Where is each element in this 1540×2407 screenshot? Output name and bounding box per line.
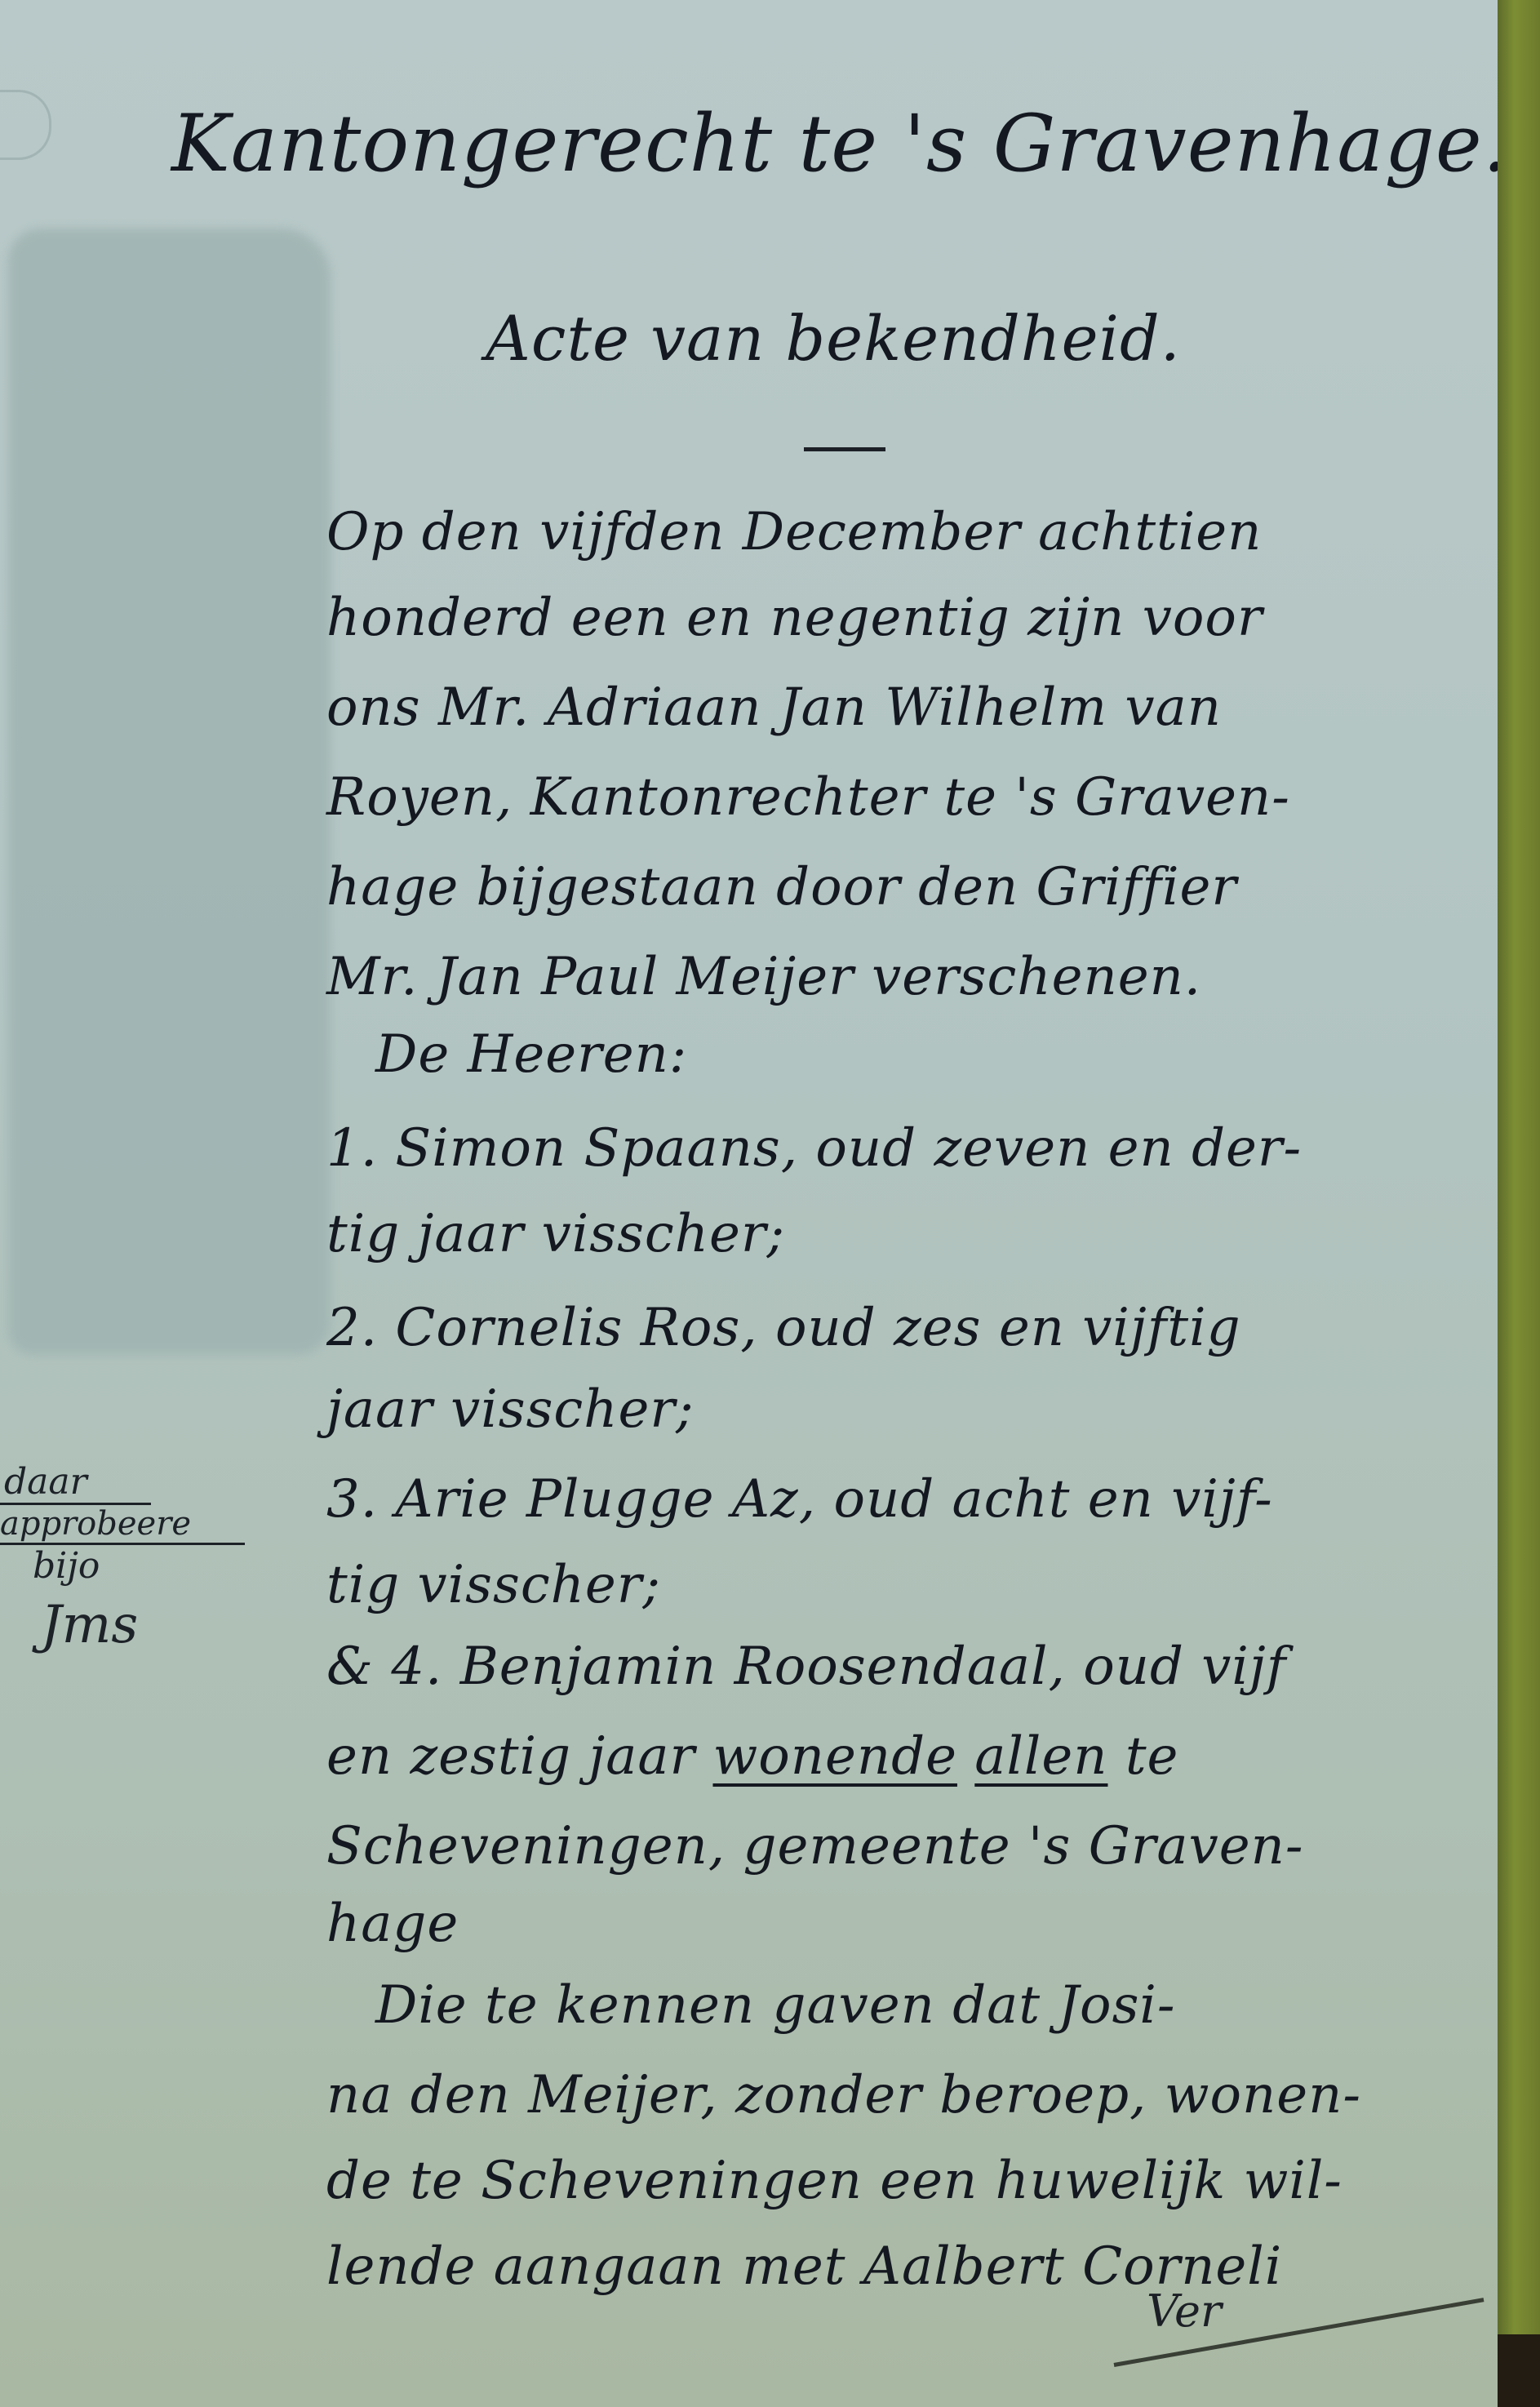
list-item: 1. Simon Spaans, oud zeven en der- <box>326 1118 1302 1179</box>
list-item: 3. Arie Plugge Az, oud acht en vijf- <box>326 1469 1273 1530</box>
list-item: & 4. Benjamin Roosendaal, oud vijf <box>326 1636 1286 1697</box>
line-text: en zestig jaar <box>326 1726 712 1787</box>
page-end-signature: Ver <box>1147 2285 1222 2337</box>
list-item: 2. Cornelis Ros, oud zes en vijftig <box>326 1298 1241 1358</box>
redacted-margin-area <box>8 229 331 1355</box>
text-line: Die te kennen gaven dat Josi- <box>375 1975 1176 2036</box>
text-line: Royen, Kantonrechter te 's Graven- <box>326 767 1290 828</box>
embossed-seal <box>0 90 51 160</box>
margin-annotation: daar approbeere bijo Jms <box>0 1461 245 1655</box>
book-binding-edge <box>1498 0 1540 2407</box>
underlined-word: allen <box>974 1726 1107 1787</box>
text-line: lende aangaan met Aalbert Corneli <box>326 2236 1282 2297</box>
document-title: Kantongerecht te 's Gravenhage. <box>171 98 1508 189</box>
margin-initials: Jms <box>0 1595 245 1655</box>
text-line: tig visscher; <box>326 1555 661 1615</box>
text-line: en zestig jaar wonende allen te <box>326 1726 1178 1787</box>
margin-note-line: approbeere <box>0 1505 245 1545</box>
binding-shadow <box>1498 2334 1540 2407</box>
text-line-heading: De Heeren: <box>375 1024 687 1085</box>
text-line: Mr. Jan Paul Meijer verschenen. <box>326 947 1201 1007</box>
text-line: tig jaar visscher; <box>326 1204 785 1264</box>
text-line: jaar visscher; <box>326 1379 695 1440</box>
document-subtitle: Acte van bekendheid. <box>486 302 1181 375</box>
text-line: de te Scheveningen een huwelijk wil- <box>326 2151 1343 2211</box>
line-text: te <box>1107 1726 1178 1787</box>
text-line: Scheveningen, gemeente 's Graven- <box>326 1816 1303 1876</box>
text-line: hage <box>326 1894 459 1954</box>
text-line: Op den vijfden December achttien <box>326 502 1262 562</box>
margin-note-line: daar <box>0 1461 151 1505</box>
document-page: Kantongerecht te 's Gravenhage. Acte van… <box>0 0 1498 2407</box>
text-line: ons Mr. Adriaan Jan Wilhelm van <box>326 677 1222 738</box>
text-line: hage bijgestaan door den Griffier <box>326 857 1237 917</box>
line-text <box>957 1726 974 1787</box>
text-line: honderd een en negentig zijn voor <box>326 588 1263 648</box>
text-line: na den Meijer, zonder beroep, wonen- <box>326 2065 1361 2125</box>
underlined-word: wonende <box>712 1726 956 1787</box>
margin-note-line: bijo <box>0 1545 245 1587</box>
title-divider <box>804 447 885 451</box>
